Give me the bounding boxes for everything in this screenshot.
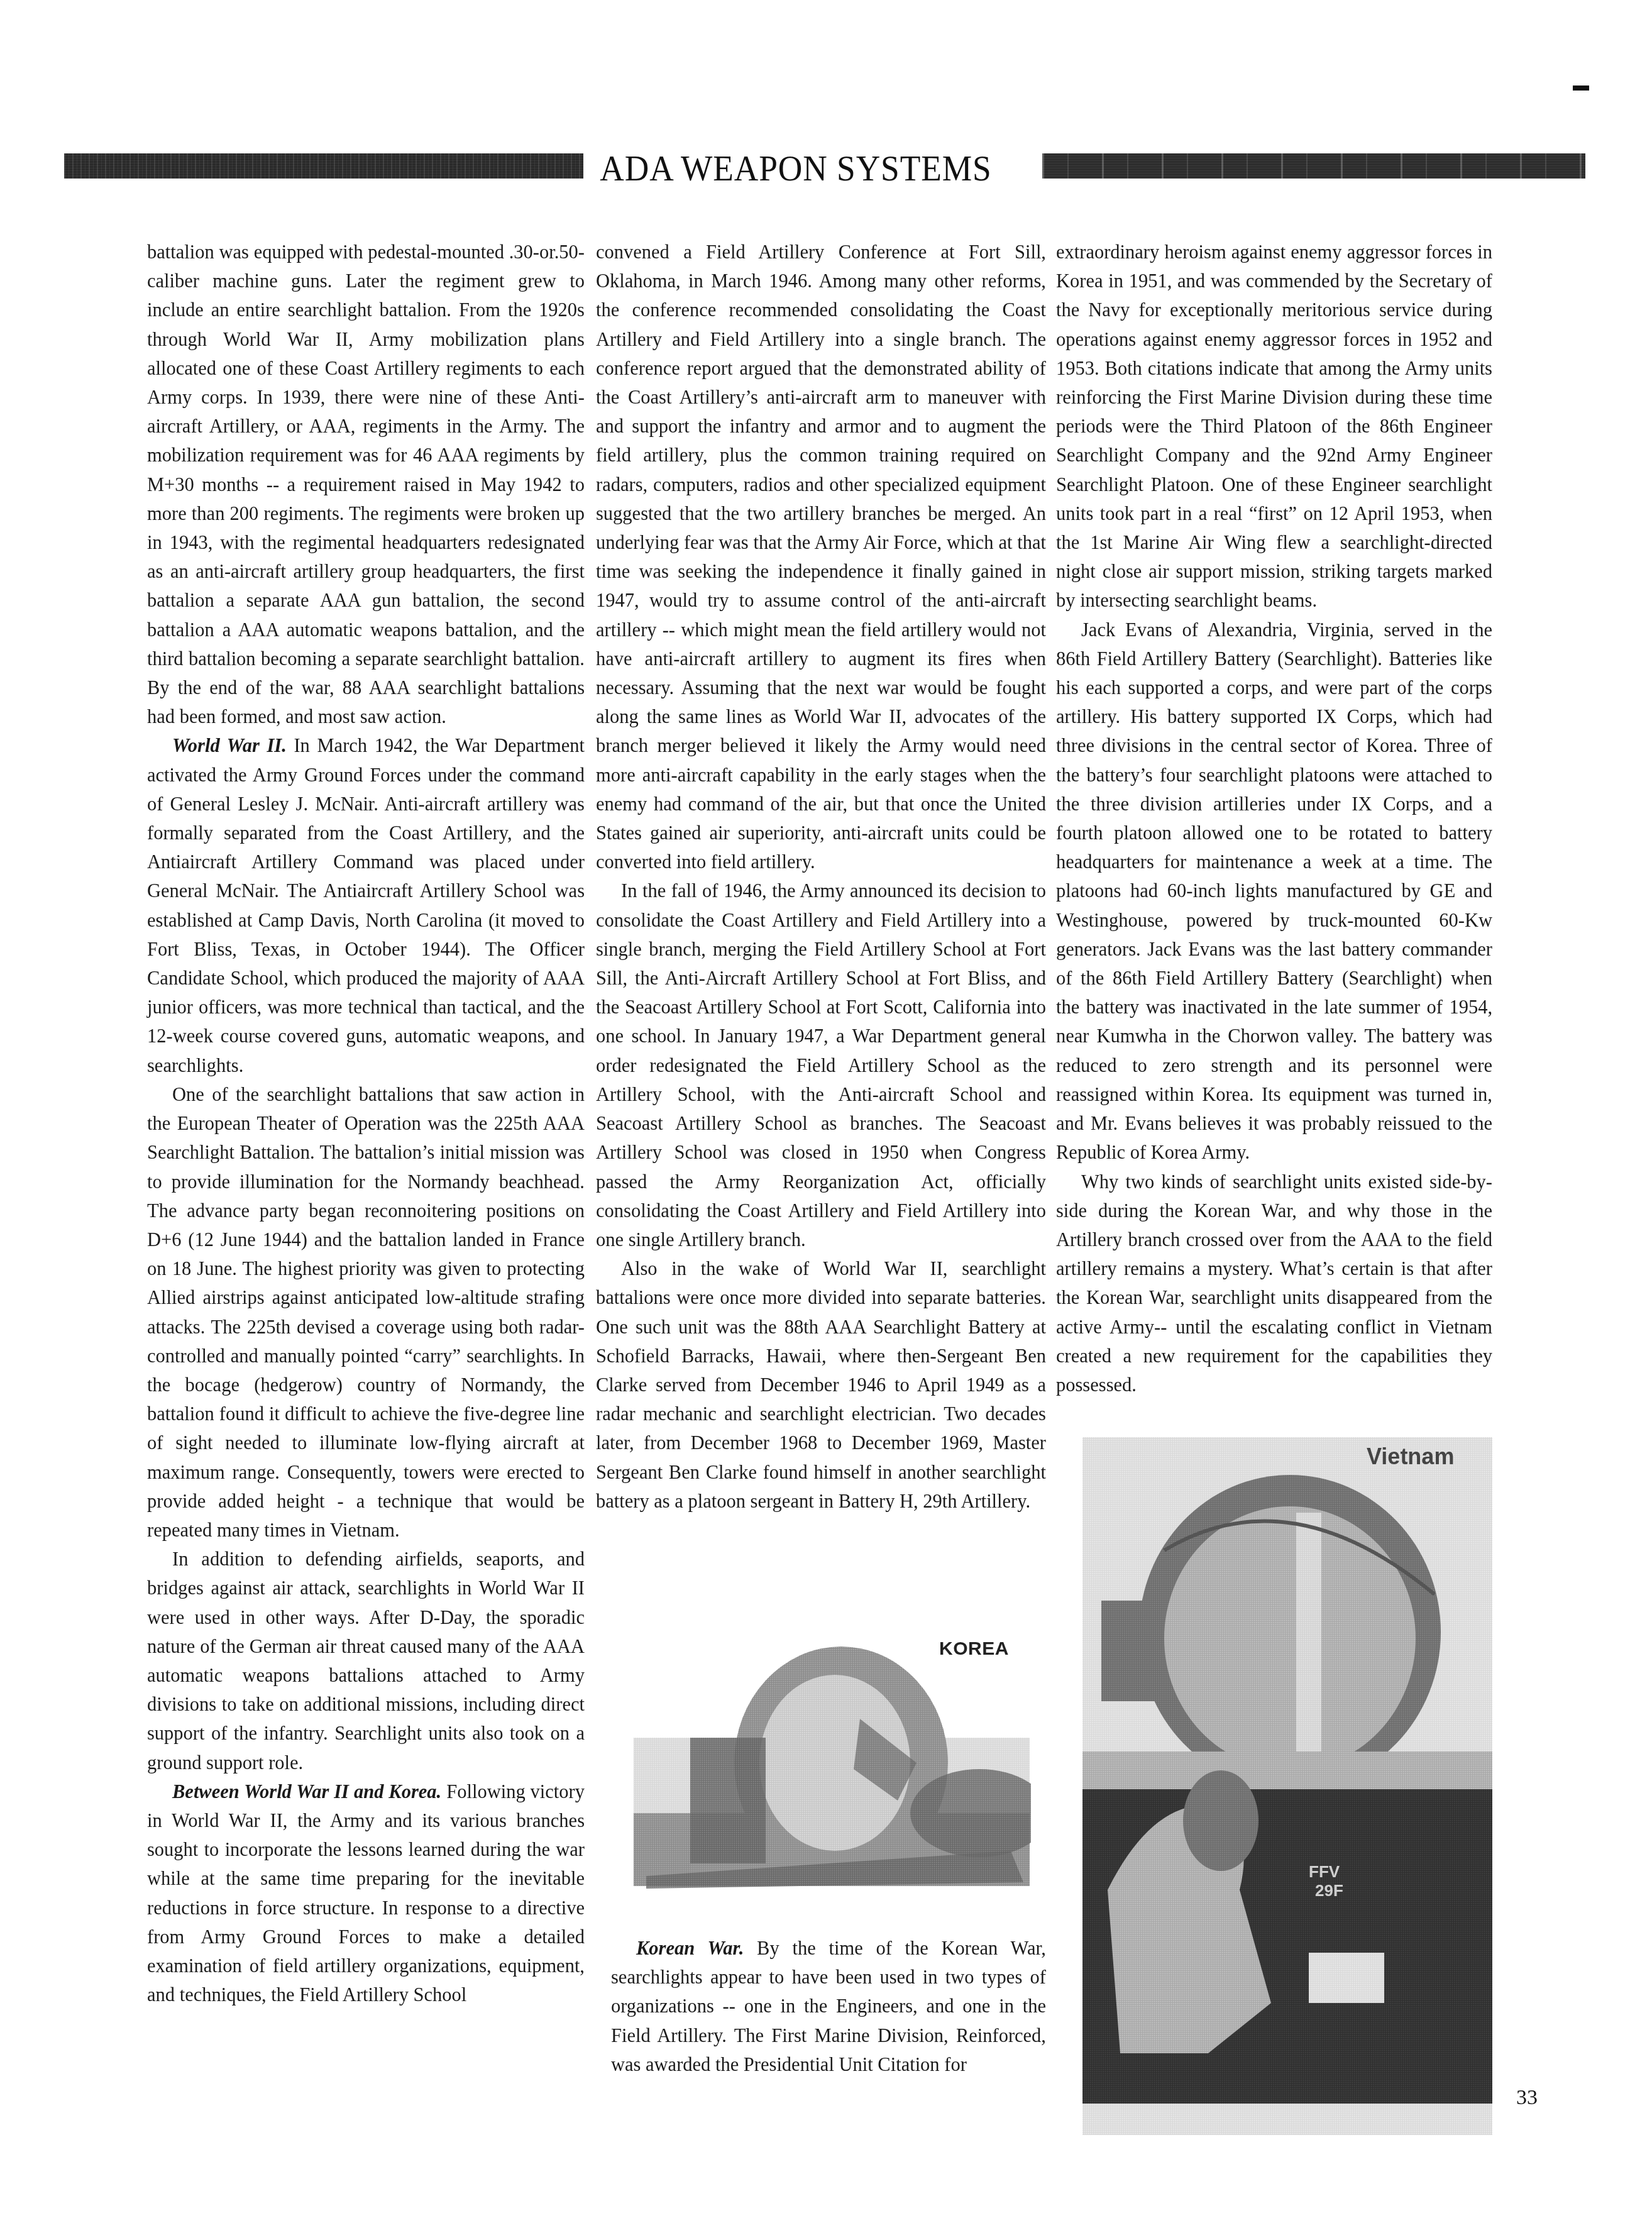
- vietnam-photo: FFV 29F Vietnam: [1082, 1437, 1492, 2135]
- photo-label: Vietnam: [1367, 1443, 1454, 1470]
- run-in-heading: World War II.: [172, 735, 287, 756]
- paragraph: convened a Field Artillery Conference at…: [596, 238, 1046, 876]
- paragraph: Korean War. By the time of the Korean Wa…: [611, 1934, 1046, 2079]
- paragraph: Why two kinds of searchlight units exist…: [1056, 1167, 1492, 1400]
- photo-label: KOREA: [939, 1638, 1009, 1660]
- text-column-2: convened a Field Artillery Conference at…: [596, 238, 1046, 1516]
- paragraph: extraordinary heroism against enemy aggr…: [1056, 238, 1492, 615]
- section-header: ADA WEAPON SYSTEMS: [64, 151, 1585, 184]
- paragraph: World War II. In March 1942, the War Dep…: [147, 731, 585, 1079]
- text-column-1: battalion was equipped with pedestal-mou…: [147, 238, 585, 2009]
- paragraph-body: Following victory in World War II, the A…: [147, 1781, 585, 2006]
- soldier-searchlight-image-icon: FFV 29F: [1082, 1437, 1492, 2135]
- searchlight-image-icon: [621, 1625, 1031, 1907]
- paragraph: In the fall of 1946, the Army announced …: [596, 876, 1046, 1254]
- korean-war-section: Korean War. By the time of the Korean Wa…: [611, 1934, 1046, 2079]
- run-in-heading: Between World War II and Korea.: [172, 1781, 441, 1802]
- paragraph: battalion was equipped with pedestal-mou…: [147, 238, 585, 731]
- header-bar-right: [1042, 153, 1585, 179]
- paragraph: One of the searchlight battalions that s…: [147, 1080, 585, 1545]
- header-bar-left: [64, 153, 583, 179]
- paragraph: Jack Evans of Alexandria, Virginia, serv…: [1056, 615, 1492, 1167]
- run-in-heading: Korean War.: [636, 1938, 744, 1959]
- section-title: ADA WEAPON SYSTEMS: [593, 147, 998, 189]
- vehicle-marking: FFV: [1309, 1862, 1340, 1881]
- korea-photo: KOREA: [621, 1625, 1031, 1907]
- paragraph: Between World War II and Korea. Followin…: [147, 1777, 585, 2010]
- text-column-3: extraordinary heroism against enemy aggr…: [1056, 238, 1492, 1399]
- vehicle-marking: 29F: [1315, 1881, 1343, 1900]
- paragraph-body: In March 1942, the War Department activa…: [147, 735, 585, 1076]
- paragraph: In addition to defending airfields, seap…: [147, 1545, 585, 1777]
- page-number: 33: [1516, 2086, 1538, 2110]
- paragraph: Also in the wake of World War II, search…: [596, 1254, 1046, 1516]
- corner-mark: [1573, 86, 1589, 91]
